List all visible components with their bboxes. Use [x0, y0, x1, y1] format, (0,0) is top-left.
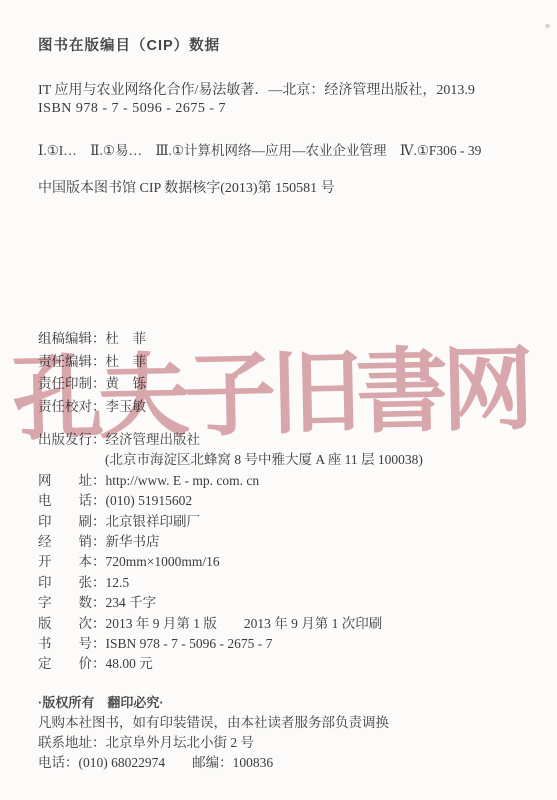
colophon-label: 印 刷： [38, 512, 106, 532]
colophon-label: 书 号： [38, 634, 106, 654]
cip-record-line: 中国版本图书馆 CIP 数据核字(2013)第 150581 号 [38, 177, 335, 197]
cip-isbn-line: ISBN 978 - 7 - 5096 - 2675 - 7 [38, 101, 226, 117]
colophon-row-sheets: 印 张：12.5 [38, 573, 423, 593]
colophon-value: 经济管理出版社 [106, 432, 201, 447]
colophon-label: 经 销： [38, 532, 106, 552]
book-copyright-page: 图书在版编目（CIP）数据 IT 应用与农业网络化合作/易法敏著．—北京：经济管… [0, 0, 557, 800]
colophon-row-price: 定 价：48.00 元 [38, 654, 423, 674]
staff-credits-block: 组稿编辑：杜 菲 责任编辑：杜 菲 责任印制：黄 铄 责任校对：李玉敏 [38, 328, 146, 418]
scan-artifact [545, 24, 550, 28]
colophon-row-distributor: 经 销：新华书店 [38, 532, 423, 552]
staff-row-print-supervisor: 责任印制：黄 铄 [38, 373, 146, 396]
colophon-value: ISBN 978 - 7 - 5096 - 2675 - 7 [106, 636, 273, 651]
footer-block: ·版权所有 翻印必究· 凡购本社图书，如有印装错误，由本社读者服务部负责调换 联… [38, 692, 389, 774]
colophon-label: 定 价： [38, 654, 106, 674]
colophon-row-isbn: 书 号：ISBN 978 - 7 - 5096 - 2675 - 7 [38, 634, 423, 654]
colophon-value: http://www. E - mp. com. cn [106, 473, 260, 488]
cip-title-line: IT 应用与农业网络化合作/易法敏著．—北京：经济管理出版社，2013.9 [38, 79, 475, 99]
staff-label: 责任校对： [38, 399, 106, 414]
colophon-label: 版 次： [38, 614, 106, 634]
exchange-policy-line: 凡购本社图书，如有印装错误，由本社读者服务部负责调换 [38, 713, 389, 733]
staff-value: 李玉敏 [106, 399, 147, 414]
colophon-row-publisher: 出版发行：经济管理出版社 [38, 430, 423, 450]
colophon-label: 开 本： [38, 552, 106, 572]
colophon-row-wordcount: 字 数：234 千字 [38, 593, 423, 613]
colophon-row-format: 开 本：720mm×1000mm/16 [38, 552, 423, 572]
colophon-label: 网 址： [38, 471, 106, 491]
colophon-label: 电 话： [38, 491, 106, 511]
colophon-value: 新华书店 [106, 534, 160, 549]
colophon-label: 字 数： [38, 593, 106, 613]
colophon-value: 48.00 元 [106, 656, 153, 671]
publisher-address-line: (北京市海淀区北蜂窝 8 号中雅大厦 A 座 11 层 100038) [38, 450, 423, 470]
colophon-label: 印 张： [38, 573, 106, 593]
colophon-value: 720mm×1000mm/16 [106, 554, 220, 569]
copyright-notice: ·版权所有 翻印必究· [38, 692, 389, 713]
staff-row-responsible-editor: 责任编辑：杜 菲 [38, 351, 146, 374]
staff-label: 责任印制： [38, 376, 106, 391]
staff-label: 责任编辑： [38, 354, 106, 369]
cip-classification-line: Ⅰ.①I… Ⅱ.①易… Ⅲ.①计算机网络—应用—农业企业管理 Ⅳ.①F306 -… [38, 139, 481, 159]
colophon-value: 2013 年 9 月第 1 版 2013 年 9 月第 1 次印刷 [106, 616, 383, 631]
colophon-value: 北京银祥印刷厂 [106, 514, 201, 529]
colophon-label: 出版发行： [38, 430, 106, 450]
staff-label: 组稿编辑： [38, 331, 106, 346]
contact-phone-line: 电话：(010) 68022974 邮编：100836 [38, 753, 389, 773]
staff-value: 杜 菲 [106, 331, 147, 346]
colophon-row-phone: 电 话：(010) 51915602 [38, 491, 423, 511]
staff-value: 杜 菲 [106, 354, 147, 369]
colophon-block: 出版发行：经济管理出版社 (北京市海淀区北蜂窝 8 号中雅大厦 A 座 11 层… [38, 430, 423, 675]
cip-header: 图书在版编目（CIP）数据 [38, 34, 220, 55]
colophon-row-edition: 版 次：2013 年 9 月第 1 版 2013 年 9 月第 1 次印刷 [38, 614, 423, 634]
colophon-value: (010) 51915602 [106, 493, 193, 508]
colophon-row-printer: 印 刷：北京银祥印刷厂 [38, 512, 423, 532]
colophon-value: 234 千字 [106, 595, 157, 610]
staff-value: 黄 铄 [106, 376, 147, 391]
colophon-row-website: 网 址：http://www. E - mp. com. cn [38, 471, 423, 491]
staff-row-proofreader: 责任校对：李玉敏 [38, 396, 146, 419]
staff-row-acquisition-editor: 组稿编辑：杜 菲 [38, 328, 146, 351]
colophon-value: 12.5 [106, 575, 130, 590]
contact-address-line: 联系地址：北京阜外月坛北小街 2 号 [38, 733, 389, 753]
